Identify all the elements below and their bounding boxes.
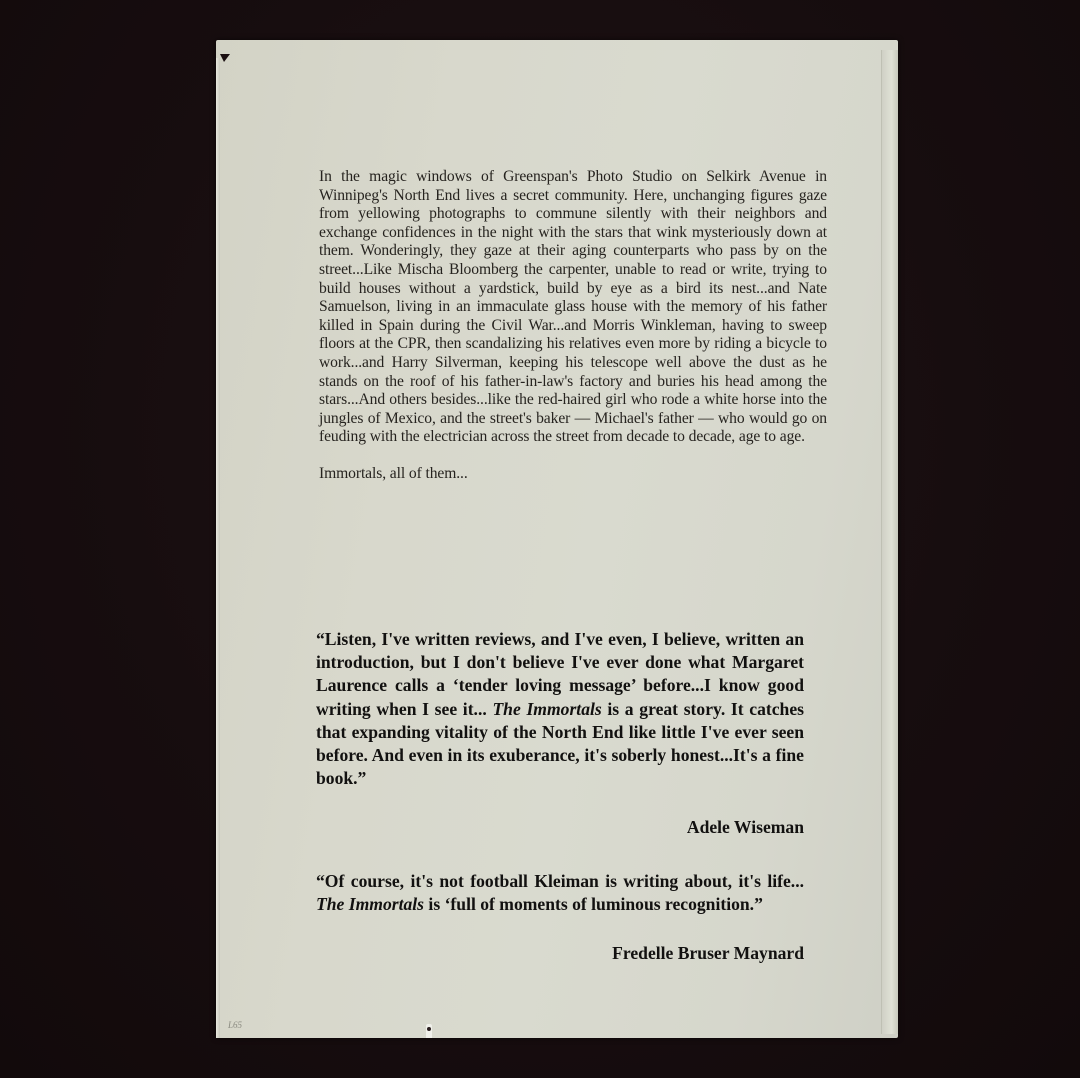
review-author: Fredelle Bruser Maynard xyxy=(316,942,804,965)
book-back-cover: In the magic windows of Greenspan's Phot… xyxy=(216,40,898,1038)
quote-book-title: The Immortals xyxy=(492,699,601,719)
bottom-edge-tear xyxy=(426,1024,432,1038)
quote-book-title: The Immortals xyxy=(316,894,424,914)
review-quotes: “Listen, I've written reviews, and I've … xyxy=(316,628,804,965)
review-quote: “Listen, I've written reviews, and I've … xyxy=(316,628,804,790)
cover-blurb: In the magic windows of Greenspan's Phot… xyxy=(319,168,827,484)
review-author: Adele Wiseman xyxy=(316,816,804,839)
quote-text: is ‘full of moments of luminous recognit… xyxy=(424,894,763,914)
review-quote: “Of course, it's not football Kleiman is… xyxy=(316,870,804,916)
blurb-closing-line: Immortals, all of them... xyxy=(319,465,827,484)
blurb-paragraph: In the magic windows of Greenspan's Phot… xyxy=(319,168,827,447)
corner-tear xyxy=(220,54,230,62)
pencil-price-mark: L65 xyxy=(228,1020,242,1030)
quote-text: “Of course, it's not football Kleiman is… xyxy=(316,871,804,891)
